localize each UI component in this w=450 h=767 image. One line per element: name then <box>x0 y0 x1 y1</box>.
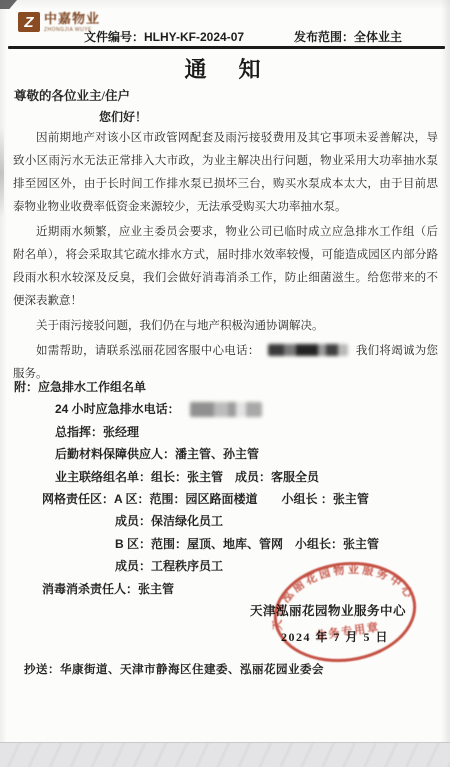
notice-body: 因前期地产对该小区市政管网配套及雨污接驳费用及其它事项未妥善解决，导致小区雨污水… <box>13 127 438 386</box>
help-line-before: 如需帮助，请联系泓丽花园客服中心电话： <box>36 345 260 357</box>
hotline-label: 24 小时应急排水电话： <box>55 402 180 416</box>
release-scope-value: 全体业主 <box>354 30 402 44</box>
attachment-heading: 附：应急排水工作组名单 <box>14 376 442 398</box>
salutation: 尊敬的各位业主/住户 <box>14 86 130 104</box>
paragraph-2: 近期雨水频繁，应业主委员会要求，物业公司已临时成立应急排水工作组（后附名单），将… <box>13 221 438 313</box>
company-logo-icon: Z <box>18 12 40 32</box>
header-divider <box>8 46 445 49</box>
table-surface <box>0 742 450 767</box>
hotline-line: 24 小时应急排水电话： <box>55 398 442 420</box>
document-number: 文件编号：HLHY-KF-2024-07 <box>84 28 244 45</box>
paragraph-1: 因前期地产对该小区市政管网配套及雨污接驳费用及其它事项未妥善解决，导致小区雨污水… <box>13 127 438 219</box>
notice-document: Z 中嘉物业 ZHONGJIA WUYE 文件编号：HLHY-KF-2024-0… <box>0 0 450 767</box>
redacted-hotline-phone <box>190 402 262 417</box>
release-scope-label: 发布范围： <box>294 30 354 44</box>
company-logo-text: 中嘉物业 <box>44 12 100 25</box>
release-scope: 发布范围：全体业主 <box>294 28 402 45</box>
roster-line: 总指挥：张经理 <box>55 421 442 443</box>
roster-line: 业主联络组名单：组长：张主管 成员：客服全员 <box>55 466 442 488</box>
document-number-label: 文件编号： <box>84 30 144 44</box>
cc-line: 抄送：华康街道、天津市静海区住建委、泓丽花园业委会 <box>24 661 324 677</box>
document-number-value: HLHY-KF-2024-07 <box>144 30 244 44</box>
paragraph-3: 关于雨污接驳问题，我们仍在与地产积极沟通协调解决。 <box>13 315 438 338</box>
roster-line: 成员：保洁绿化员工 <box>115 510 442 532</box>
greeting: 您们好！ <box>99 108 147 125</box>
scan-corner-artifact <box>0 0 17 9</box>
redacted-service-phone <box>268 344 348 356</box>
roster-line: 网格责任区：A 区：范围：园区路面楼道 小组长 ：张主管 <box>42 488 442 510</box>
stamp-center-text: 业务专用章 <box>314 619 380 642</box>
scan-edge-artifact <box>0 128 4 218</box>
roster-line: 后勤材料保障供应人：潘主管、孙主管 <box>55 443 442 465</box>
notice-title: 通 知 <box>0 53 450 84</box>
